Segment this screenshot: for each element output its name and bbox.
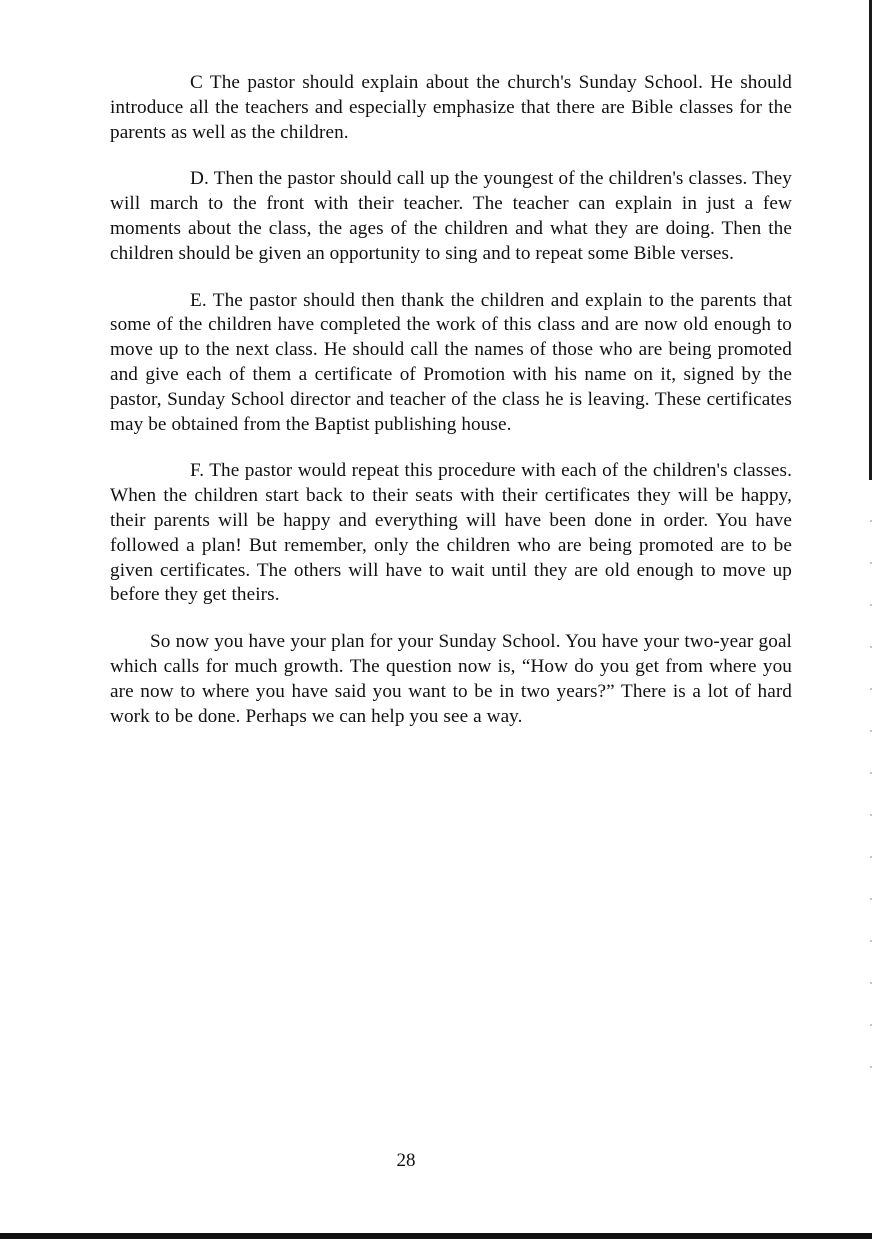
paragraph-closing: So now you have your plan for your Sunda… bbox=[110, 630, 792, 729]
scan-bottom-edge bbox=[0, 1233, 872, 1239]
paragraph-e: E. The pastor should then thank the chil… bbox=[110, 289, 792, 438]
document-page: C The pastor should explain about the ch… bbox=[0, 0, 872, 1239]
paragraph-d: D. Then the pastor should call up the yo… bbox=[110, 167, 792, 266]
page-number: 28 bbox=[0, 1150, 872, 1172]
body-text: C The pastor should explain about the ch… bbox=[110, 71, 792, 751]
paragraph-f: F. The pastor would repeat this procedur… bbox=[110, 459, 792, 608]
paragraph-c: C The pastor should explain about the ch… bbox=[110, 71, 792, 145]
